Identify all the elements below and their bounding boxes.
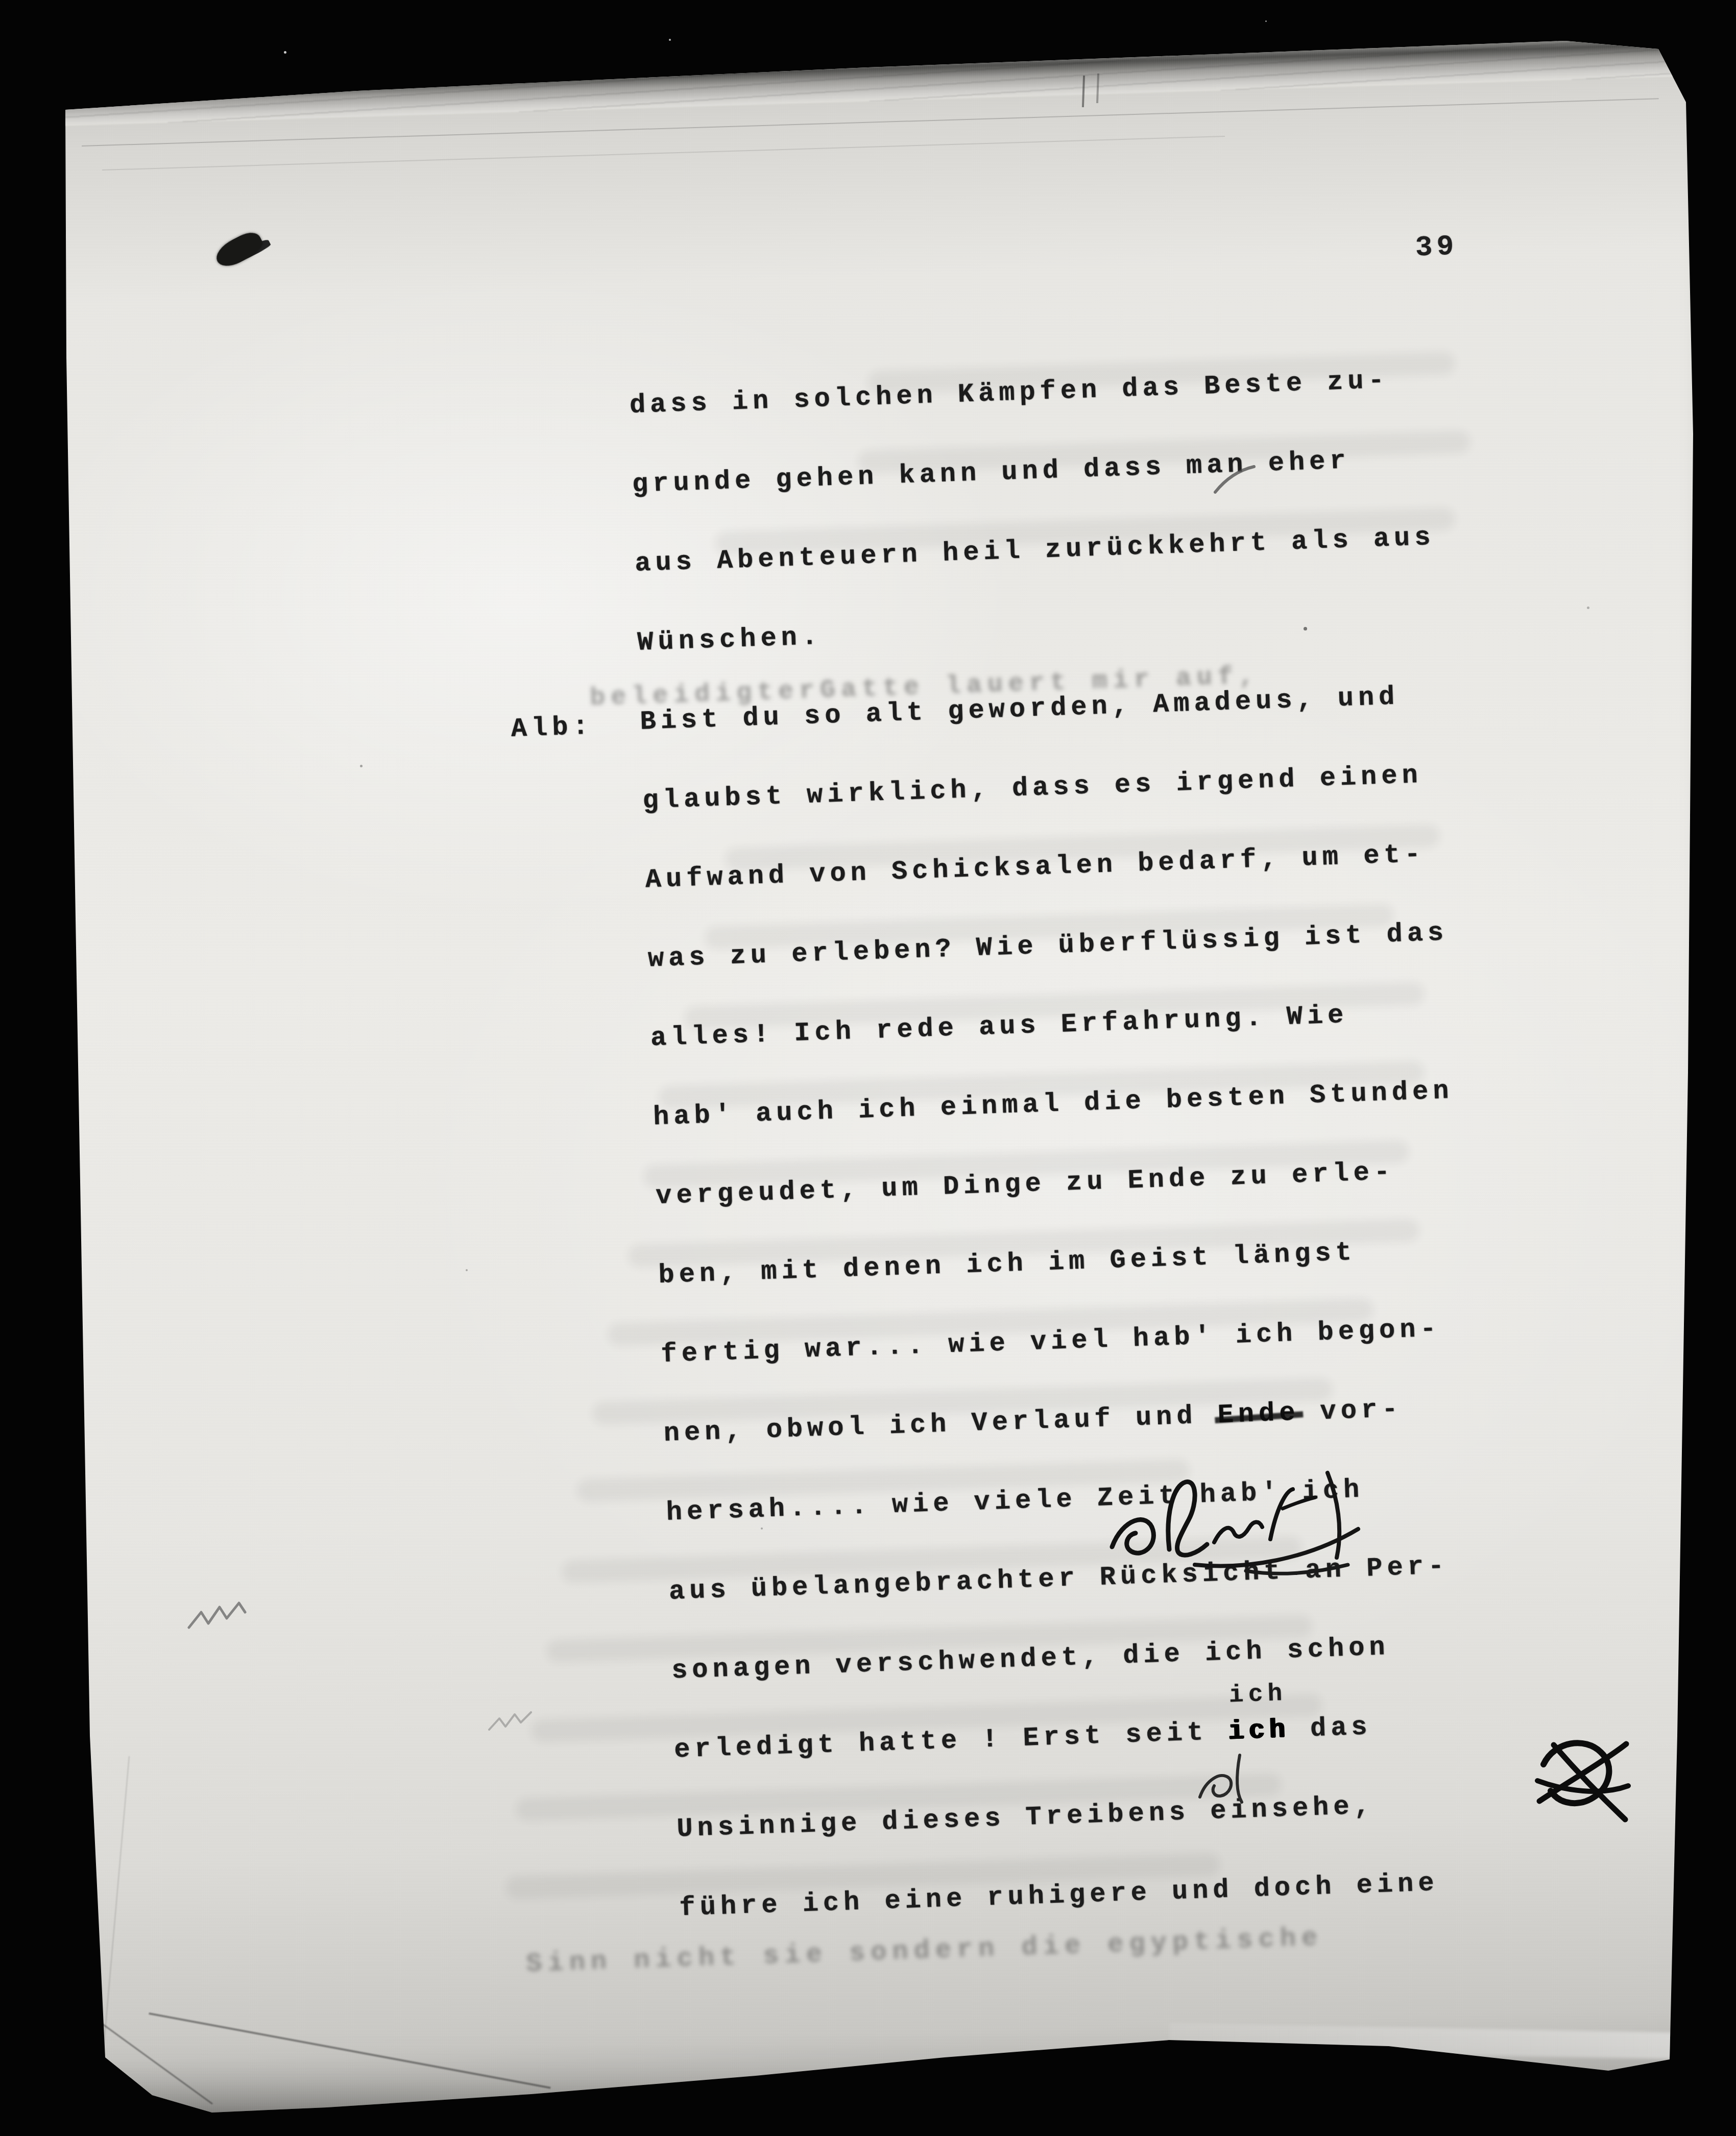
under-sheet-edge-line	[102, 136, 1225, 171]
dust-speck	[1265, 20, 1267, 22]
paper-crease	[76, 2004, 213, 2104]
paper-speck	[1587, 606, 1589, 609]
paper-speck	[1304, 627, 1307, 630]
paper-speck	[360, 765, 363, 767]
page-number: 39	[1415, 230, 1458, 264]
bottom-edge-highlight	[1169, 2023, 1685, 2059]
dust-speck	[284, 51, 286, 54]
margin-scribble-annotation	[1524, 1719, 1642, 1837]
manuscript-page: 39 beleidigterGatte lauert mir auf, Sinn…	[0, 0, 1736, 2136]
page-stack-edge	[54, 0, 1682, 126]
dust-speck	[669, 39, 671, 41]
ink-blot-stain	[212, 228, 266, 272]
paper-crease	[102, 1756, 130, 2061]
scanned-page-photo: 39 beleidigterGatte lauert mir auf, Sinn…	[0, 0, 1736, 2136]
paper-speck	[466, 1269, 468, 1271]
pencil-tick-above-zurueckkehrt-annotation	[1209, 459, 1260, 500]
typed-text: Wünschen.	[637, 622, 823, 658]
paper-speck	[1333, 1010, 1335, 1012]
typed-text: das	[1289, 1712, 1372, 1744]
left-margin-zigzag-annotation	[185, 1592, 261, 1643]
paper-speck	[761, 1527, 763, 1530]
speaker-label: Alb:	[511, 712, 594, 744]
paper-crease	[149, 2012, 550, 2089]
